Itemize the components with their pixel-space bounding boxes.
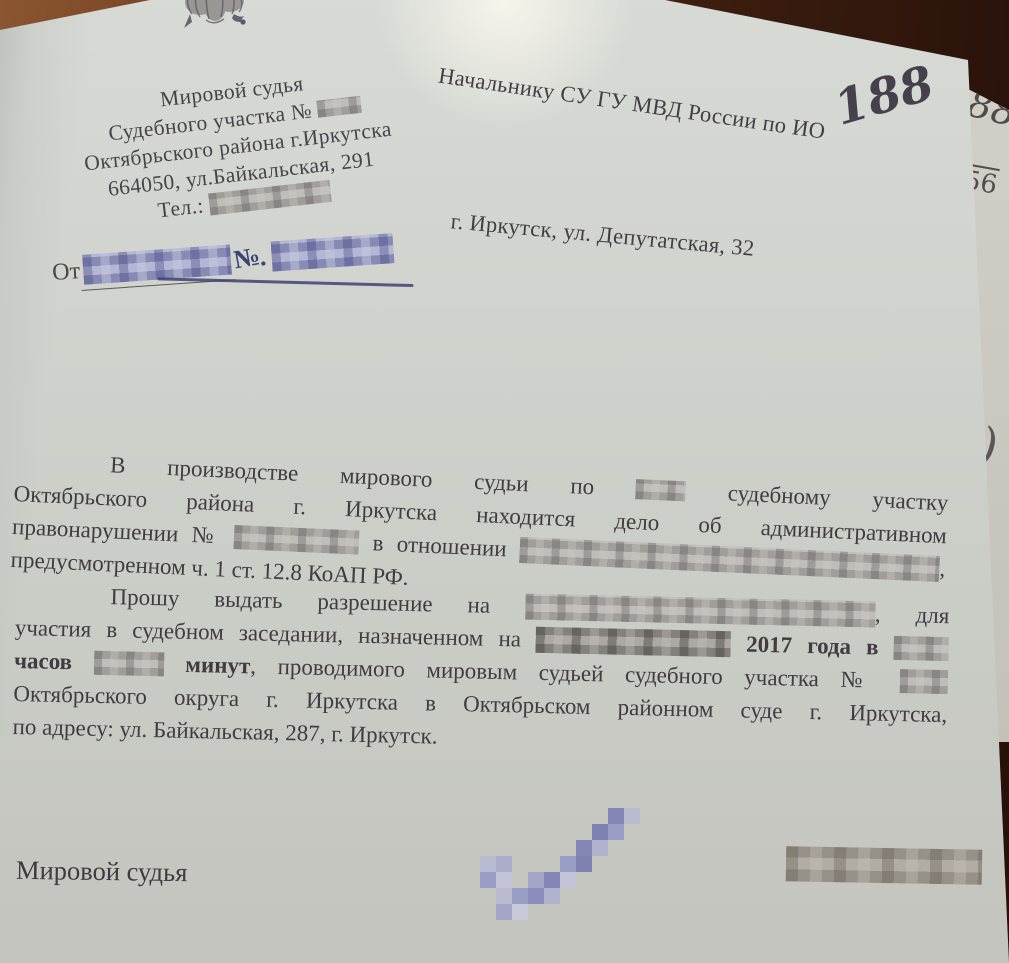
- redaction-hearing-hour: [893, 636, 949, 661]
- redaction-hearing-date: [536, 627, 732, 657]
- judge-title: Мировой судья: [16, 855, 188, 888]
- redaction-precinct-number: [316, 96, 362, 118]
- addressee-address-line: г. Иркутск, ул. Депутатская, 32: [450, 208, 887, 273]
- handwritten-numero-sign: №: [231, 241, 262, 275]
- photo-of-document: 88 56 ): [0, 0, 1009, 963]
- redaction-person-name-2: [525, 593, 875, 627]
- document-page: Мировой судья Судебного участка № Октябр…: [0, 0, 1009, 963]
- outgoing-number-line: От№.: [51, 231, 425, 293]
- signature-redacted: [480, 808, 656, 925]
- handwritten-date-area: [79, 247, 235, 292]
- from-label: От: [51, 258, 81, 286]
- redaction-hearing-minutes: [93, 651, 164, 677]
- redaction-case-number: [234, 525, 360, 555]
- letterhead: Мировой судья Судебного участка № Октябр…: [35, 56, 440, 237]
- coat-of-arms-stamp-icon: [176, 0, 258, 38]
- handwritten-page-number: 188: [828, 55, 940, 136]
- body-paragraph-2: Прошу выдать разрешение на , для участия…: [12, 578, 950, 764]
- judge-name-redacted: [786, 846, 983, 884]
- redaction-handwritten-number: [271, 234, 395, 272]
- redaction-precinct-number-body: [636, 479, 687, 501]
- redaction-precinct-number-2: [900, 669, 949, 694]
